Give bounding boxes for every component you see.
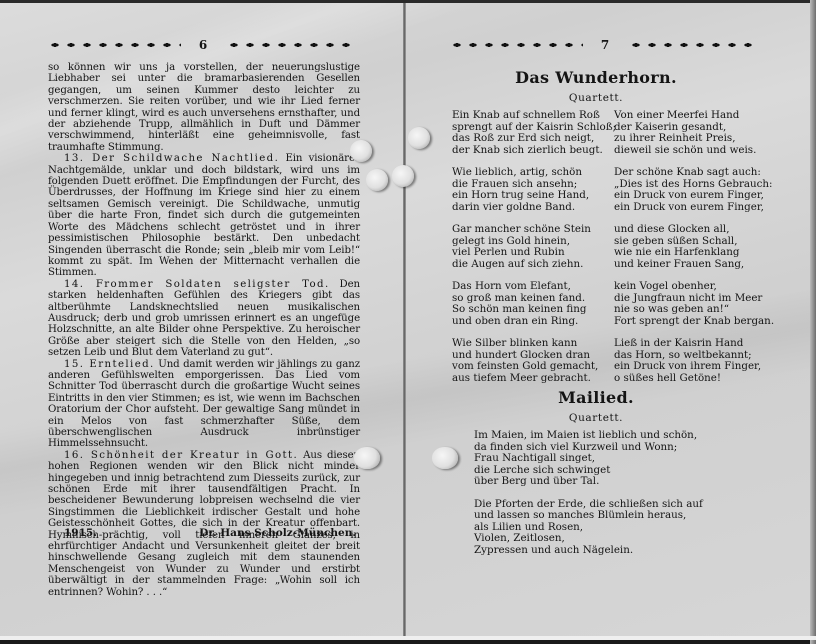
stanza: Von einer Meerfei Hand der Kaiserin gesa… xyxy=(614,110,774,156)
verse-line: ein Horn trug seine Hand, xyxy=(452,190,616,202)
verse-line: So schön man keinen fing xyxy=(452,304,616,316)
poem-title: Mailied. xyxy=(406,388,786,407)
paragraph: 14. Frommer Soldaten seligster Tod. Den … xyxy=(48,279,360,359)
stanza: Im Maien, im Maien ist lieblich und schö… xyxy=(474,430,703,488)
verse-line: über Berg und über Tal. xyxy=(474,476,703,488)
paragraph-heading: 14. Frommer Soldaten seligster Tod. xyxy=(64,279,330,290)
paragraph: so können wir uns ja vorstellen, der neu… xyxy=(48,62,360,153)
verse-line: Violen, Zeitlosen, xyxy=(474,533,703,545)
poem-title: Das Wunderhorn. xyxy=(406,68,786,87)
verse-line: die Augen auf sich ziehn. xyxy=(452,259,616,271)
verse-line: nie so was geben an!“ xyxy=(614,304,774,316)
punch-hole xyxy=(432,447,458,469)
stanza: Wie lieblich, artig, schön die Frauen si… xyxy=(452,167,616,213)
verse-line: aus tiefem Meer gebracht. xyxy=(452,373,616,385)
poem-subtitle: Quartett. xyxy=(406,412,786,424)
verse-line: Ließ in der Kaisrin Hand xyxy=(614,338,774,350)
verse-line: Wie lieblich, artig, schön xyxy=(452,167,616,179)
paragraph: 13. Der Schildwache Nachtlied. Ein visio… xyxy=(48,153,360,278)
verse-line: dieweil sie schön und weis. xyxy=(614,145,774,157)
punch-hole xyxy=(408,127,430,149)
verse-line: Im Maien, im Maien ist lieblich und schö… xyxy=(474,430,703,442)
verse-line: Das Horn vom Elefant, xyxy=(452,281,616,293)
paragraph: 16. Schönheit der Kreatur in Gott. Aus d… xyxy=(48,450,360,598)
ornament-border-icon xyxy=(450,41,583,49)
left-page: 6 so können wir uns ja vorstellen, der n… xyxy=(0,0,404,640)
stanza: kein Vogel obenher, die Jungfraun nicht … xyxy=(614,281,774,327)
paragraph-text: Den starken heldenhaften Gefühlen des Kr… xyxy=(48,279,360,358)
page-number: 7 xyxy=(601,38,609,52)
poem-mailied: Im Maien, im Maien ist lieblich und schö… xyxy=(474,430,703,567)
verse-line: ein Druck von eurem Finger, xyxy=(614,190,774,202)
right-page: 7 Das Wunderhorn. Quartett. Ein Knab auf… xyxy=(406,0,810,640)
stanza: Das Horn vom Elefant, so groß man keinen… xyxy=(452,281,616,327)
verse-line: Der schöne Knab sagt auch: xyxy=(614,167,774,179)
stanza: Ein Knab auf schnellem Roß sprengt auf d… xyxy=(452,110,616,156)
verse-line: Frau Nachtigall singet, xyxy=(474,453,703,465)
verse-line: Ein Knab auf schnellem Roß xyxy=(452,110,616,122)
author: Dr. Hans Scholz-München. xyxy=(199,527,356,539)
page-top-edge xyxy=(0,0,816,3)
verse-line: Von einer Meerfei Hand xyxy=(614,110,774,122)
paragraph-text: so können wir uns ja vorstellen, der neu… xyxy=(48,62,360,153)
verse-line: kein Vogel obenher, xyxy=(614,281,774,293)
right-page-header: 7 xyxy=(450,38,760,52)
verse-line: und diese Glocken all, xyxy=(614,224,774,236)
paragraph-text: Aus diesen hohen Regionen wenden wir den… xyxy=(48,450,360,598)
ornament-border-icon xyxy=(225,41,358,49)
paragraph-heading: 15. Erntelied. xyxy=(64,359,155,370)
punch-hole xyxy=(392,165,414,187)
verse-line: Gar mancher schöne Stein xyxy=(452,224,616,236)
page-number: 6 xyxy=(199,38,207,52)
stanza: Der schöne Knab sagt auch: „Dies ist des… xyxy=(614,167,774,213)
verse-line: ein Druck von ihrem Finger, xyxy=(614,361,774,373)
verse-line: und oben dran ein Ring. xyxy=(452,316,616,328)
year: 1915. xyxy=(64,527,97,539)
verse-line: o süßes hell Getöne! xyxy=(614,373,774,385)
paragraph-text: Ein visionäres Nachtgemälde, unklar und … xyxy=(48,153,360,278)
verse-line: viel Perlen und Rubin xyxy=(452,247,616,259)
ornament-border-icon xyxy=(48,41,181,49)
booklet-spread: 6 so können wir uns ja vorstellen, der n… xyxy=(0,0,816,640)
paragraph-text: Und damit werden wir jählings zu ganz an… xyxy=(48,359,360,450)
verse-line: Fort sprengt der Knab bergan. xyxy=(614,316,774,328)
punch-hole xyxy=(354,447,380,469)
verse-line: wie nie ein Harfenklang xyxy=(614,247,774,259)
stanza: und diese Glocken all, sie geben süßen S… xyxy=(614,224,774,270)
stanza: Gar mancher schöne Stein gelegt ins Gold… xyxy=(452,224,616,270)
paragraph-heading: 16. Schönheit der Kreatur in Gott. xyxy=(64,450,298,461)
verse-line: und lassen so manches Blümlein heraus, xyxy=(474,510,703,522)
page-right-edge xyxy=(810,0,816,644)
paragraph-heading: 13. Der Schildwache Nachtlied. xyxy=(64,153,279,164)
left-page-header: 6 xyxy=(48,38,358,52)
verse-line: der Knab sich zierlich beugt. xyxy=(452,145,616,157)
poem-right-column: Von einer Meerfei Hand der Kaiserin gesa… xyxy=(614,110,774,395)
page-bottom-edge xyxy=(0,636,816,640)
verse-line: das Roß zur Erd sich neigt, xyxy=(452,133,616,145)
stanza: Ließ in der Kaisrin Hand das Horn, so we… xyxy=(614,338,774,384)
paragraph: 15. Erntelied. Und damit werden wir jähl… xyxy=(48,359,360,450)
signature-line: 1915. Dr. Hans Scholz-München. xyxy=(64,527,356,539)
program-notes: so können wir uns ja vorstellen, der neu… xyxy=(48,62,360,598)
ornament-border-icon xyxy=(627,41,760,49)
punch-hole xyxy=(350,140,372,162)
poem-subtitle: Quartett. xyxy=(406,92,786,104)
punch-hole xyxy=(366,169,388,191)
poem-left-column: Ein Knab auf schnellem Roß sprengt auf d… xyxy=(452,110,616,395)
verse-line: Wie Silber blinken kann xyxy=(452,338,616,350)
stanza: Wie Silber blinken kann und hundert Gloc… xyxy=(452,338,616,384)
verse-line: vom feinsten Gold gemacht, xyxy=(452,361,616,373)
stanza: Die Pforten der Erde, die schließen sich… xyxy=(474,499,703,557)
verse-line: und keiner Frauen Sang, xyxy=(614,259,774,271)
verse-line: zu ihrer Reinheit Preis, xyxy=(614,133,774,145)
verse-line: darin vier goldne Band. xyxy=(452,202,616,214)
verse-line: ein Druck von eurem Finger, xyxy=(614,202,774,214)
verse-line: Zypressen und auch Nägelein. xyxy=(474,545,703,557)
